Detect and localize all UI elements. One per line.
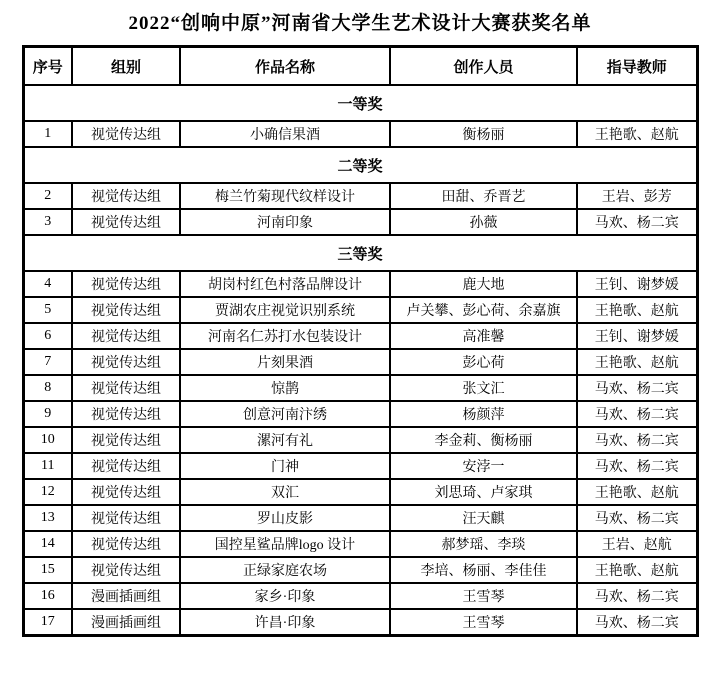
cell-advisors: 王岩、赵航 xyxy=(577,531,697,557)
table-row: 13视觉传达组罗山皮影汪天麒马欢、杨二宾 xyxy=(23,505,697,531)
cell-advisors: 王艳歌、赵航 xyxy=(577,479,697,505)
cell-creators: 卢关攀、彭心荷、余嘉旗 xyxy=(390,297,577,323)
cell-creators: 郝梦瑶、李琰 xyxy=(390,531,577,557)
cell-group: 视觉传达组 xyxy=(72,209,180,235)
table-row: 9视觉传达组创意河南汴绣杨颜萍马欢、杨二宾 xyxy=(23,401,697,427)
cell-work-name: 河南名仁苏打水包装设计 xyxy=(180,323,390,349)
cell-creators: 张文汇 xyxy=(390,375,577,401)
cell-advisors: 马欢、杨二宾 xyxy=(577,453,697,479)
cell-advisors: 王钊、谢梦媛 xyxy=(577,271,697,297)
table-row: 10视觉传达组漯河有礼李金莉、衡杨丽马欢、杨二宾 xyxy=(23,427,697,453)
cell-group: 漫画插画组 xyxy=(72,583,180,609)
cell-creators: 孙薇 xyxy=(390,209,577,235)
cell-group: 视觉传达组 xyxy=(72,121,180,147)
cell-advisors: 马欢、杨二宾 xyxy=(577,609,697,636)
cell-work-name: 贾湖农庄视觉识别系统 xyxy=(180,297,390,323)
table-row: 16漫画插画组家乡·印象王雪琴马欢、杨二宾 xyxy=(23,583,697,609)
table-row: 17漫画插画组许昌·印象王雪琴马欢、杨二宾 xyxy=(23,609,697,636)
cell-group: 视觉传达组 xyxy=(72,375,180,401)
cell-number: 15 xyxy=(23,557,72,583)
cell-creators: 刘思琦、卢家琪 xyxy=(390,479,577,505)
cell-work-name: 梅兰竹菊现代纹样设计 xyxy=(180,183,390,209)
column-header: 组别 xyxy=(72,47,180,86)
cell-work-name: 小确信果酒 xyxy=(180,121,390,147)
cell-advisors: 马欢、杨二宾 xyxy=(577,375,697,401)
cell-group: 视觉传达组 xyxy=(72,271,180,297)
cell-work-name: 创意河南汴绣 xyxy=(180,401,390,427)
page-title: 2022“创响中原”河南省大学生艺术设计大赛获奖名单 xyxy=(23,0,697,35)
cell-advisors: 马欢、杨二宾 xyxy=(577,505,697,531)
cell-number: 7 xyxy=(23,349,72,375)
table-row: 5视觉传达组贾湖农庄视觉识别系统卢关攀、彭心荷、余嘉旗王艳歌、赵航 xyxy=(23,297,697,323)
cell-creators: 高准馨 xyxy=(390,323,577,349)
cell-work-name: 许昌·印象 xyxy=(180,609,390,636)
cell-group: 视觉传达组 xyxy=(72,427,180,453)
cell-group: 视觉传达组 xyxy=(72,349,180,375)
cell-advisors: 马欢、杨二宾 xyxy=(577,401,697,427)
cell-group: 视觉传达组 xyxy=(72,505,180,531)
cell-work-name: 河南印象 xyxy=(180,209,390,235)
table-row: 6视觉传达组河南名仁苏打水包装设计高准馨王钊、谢梦媛 xyxy=(23,323,697,349)
cell-number: 13 xyxy=(23,505,72,531)
cell-creators: 李培、杨丽、李佳佳 xyxy=(390,557,577,583)
section-row: 三等奖 xyxy=(23,235,697,271)
cell-creators: 王雪琴 xyxy=(390,583,577,609)
cell-advisors: 王岩、彭芳 xyxy=(577,183,697,209)
cell-advisors: 王艳歌、赵航 xyxy=(577,349,697,375)
cell-number: 16 xyxy=(23,583,72,609)
table-row: 1视觉传达组小确信果酒衡杨丽王艳歌、赵航 xyxy=(23,121,697,147)
cell-creators: 李金莉、衡杨丽 xyxy=(390,427,577,453)
cell-group: 视觉传达组 xyxy=(72,531,180,557)
cell-group: 视觉传达组 xyxy=(72,183,180,209)
cell-group: 视觉传达组 xyxy=(72,323,180,349)
cell-number: 4 xyxy=(23,271,72,297)
cell-creators: 彭心荷 xyxy=(390,349,577,375)
cell-creators: 鹿大地 xyxy=(390,271,577,297)
cell-number: 17 xyxy=(23,609,72,636)
cell-number: 12 xyxy=(23,479,72,505)
cell-group: 视觉传达组 xyxy=(72,297,180,323)
cell-number: 8 xyxy=(23,375,72,401)
cell-number: 6 xyxy=(23,323,72,349)
cell-work-name: 罗山皮影 xyxy=(180,505,390,531)
cell-work-name: 门神 xyxy=(180,453,390,479)
column-header: 序号 xyxy=(23,47,72,86)
cell-group: 视觉传达组 xyxy=(72,557,180,583)
cell-number: 2 xyxy=(23,183,72,209)
table-header-row: 序号组别作品名称创作人员指导教师 xyxy=(23,47,697,86)
cell-creators: 安浡一 xyxy=(390,453,577,479)
document-page: 2022“创响中原”河南省大学生艺术设计大赛获奖名单 序号组别作品名称创作人员指… xyxy=(0,0,720,686)
cell-work-name: 正绿家庭农场 xyxy=(180,557,390,583)
cell-group: 漫画插画组 xyxy=(72,609,180,636)
cell-number: 9 xyxy=(23,401,72,427)
cell-work-name: 胡岗村红色村落品牌设计 xyxy=(180,271,390,297)
cell-group: 视觉传达组 xyxy=(72,479,180,505)
cell-work-name: 家乡·印象 xyxy=(180,583,390,609)
column-header: 指导教师 xyxy=(577,47,697,86)
section-label: 一等奖 xyxy=(23,85,697,121)
table-row: 4视觉传达组胡岗村红色村落品牌设计鹿大地王钊、谢梦媛 xyxy=(23,271,697,297)
cell-advisors: 王艳歌、赵航 xyxy=(577,121,697,147)
cell-advisors: 马欢、杨二宾 xyxy=(577,427,697,453)
table-body: 一等奖1视觉传达组小确信果酒衡杨丽王艳歌、赵航二等奖2视觉传达组梅兰竹菊现代纹样… xyxy=(23,85,697,636)
cell-creators: 汪天麒 xyxy=(390,505,577,531)
cell-creators: 杨颜萍 xyxy=(390,401,577,427)
cell-advisors: 王艳歌、赵航 xyxy=(577,557,697,583)
cell-number: 10 xyxy=(23,427,72,453)
cell-number: 14 xyxy=(23,531,72,557)
cell-creators: 衡杨丽 xyxy=(390,121,577,147)
cell-work-name: 国控星鲨品牌logo 设计 xyxy=(180,531,390,557)
cell-number: 3 xyxy=(23,209,72,235)
cell-group: 视觉传达组 xyxy=(72,401,180,427)
table-row: 11视觉传达组门神安浡一马欢、杨二宾 xyxy=(23,453,697,479)
cell-work-name: 惊鹊 xyxy=(180,375,390,401)
section-row: 二等奖 xyxy=(23,147,697,183)
table-row: 2视觉传达组梅兰竹菊现代纹样设计田甜、乔晋艺王岩、彭芳 xyxy=(23,183,697,209)
table-row: 7视觉传达组片刻果酒彭心荷王艳歌、赵航 xyxy=(23,349,697,375)
cell-advisors: 马欢、杨二宾 xyxy=(577,209,697,235)
section-row: 一等奖 xyxy=(23,85,697,121)
awards-table: 序号组别作品名称创作人员指导教师 一等奖1视觉传达组小确信果酒衡杨丽王艳歌、赵航… xyxy=(22,45,699,637)
cell-number: 5 xyxy=(23,297,72,323)
cell-work-name: 双汇 xyxy=(180,479,390,505)
cell-creators: 田甜、乔晋艺 xyxy=(390,183,577,209)
cell-group: 视觉传达组 xyxy=(72,453,180,479)
table-row: 12视觉传达组双汇刘思琦、卢家琪王艳歌、赵航 xyxy=(23,479,697,505)
column-header: 创作人员 xyxy=(390,47,577,86)
table-row: 3视觉传达组河南印象孙薇马欢、杨二宾 xyxy=(23,209,697,235)
cell-advisors: 王艳歌、赵航 xyxy=(577,297,697,323)
section-label: 三等奖 xyxy=(23,235,697,271)
column-header: 作品名称 xyxy=(180,47,390,86)
cell-number: 11 xyxy=(23,453,72,479)
cell-number: 1 xyxy=(23,121,72,147)
table-row: 15视觉传达组正绿家庭农场李培、杨丽、李佳佳王艳歌、赵航 xyxy=(23,557,697,583)
cell-work-name: 片刻果酒 xyxy=(180,349,390,375)
cell-creators: 王雪琴 xyxy=(390,609,577,636)
cell-work-name: 漯河有礼 xyxy=(180,427,390,453)
cell-advisors: 王钊、谢梦媛 xyxy=(577,323,697,349)
section-label: 二等奖 xyxy=(23,147,697,183)
table-row: 14视觉传达组国控星鲨品牌logo 设计郝梦瑶、李琰王岩、赵航 xyxy=(23,531,697,557)
cell-advisors: 马欢、杨二宾 xyxy=(577,583,697,609)
table-row: 8视觉传达组惊鹊张文汇马欢、杨二宾 xyxy=(23,375,697,401)
